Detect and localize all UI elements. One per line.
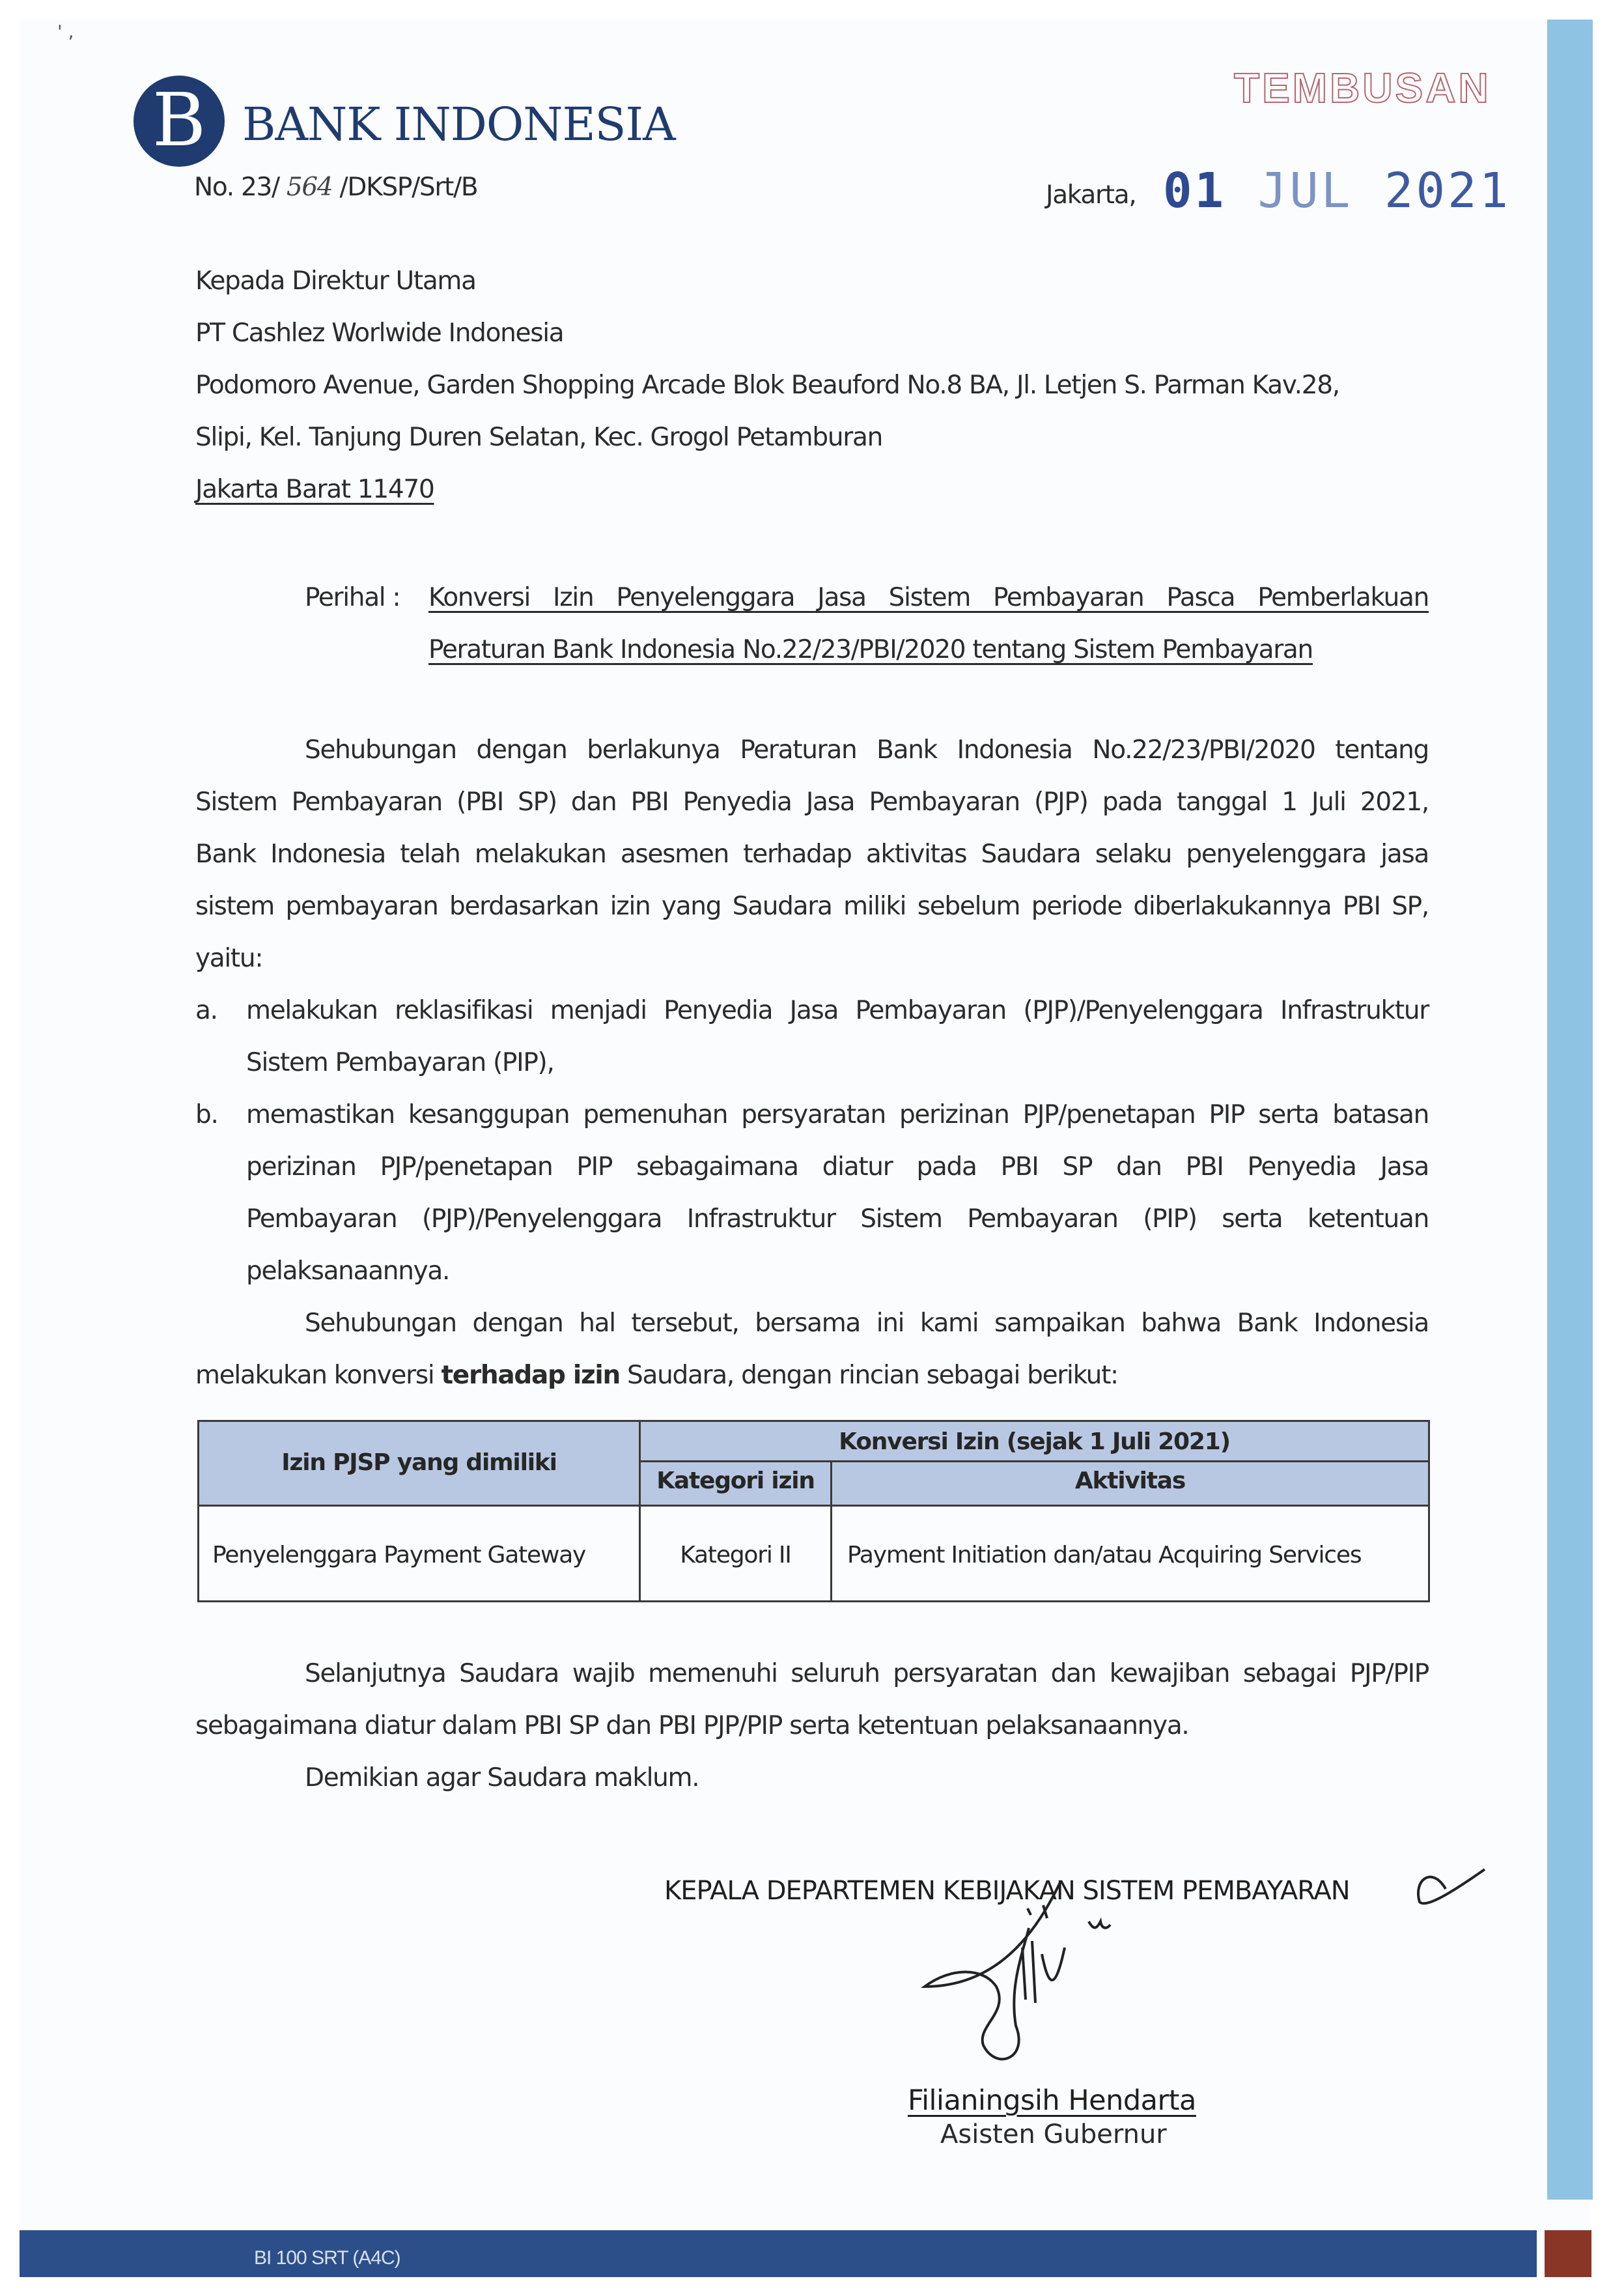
bank-indonesia-logo-icon: B [133, 76, 225, 167]
list-item-line: Pembayaran (PJP)/Penyelenggara Infrastru… [246, 1206, 1429, 1232]
signatory-role: Asisten Gubernur [940, 2119, 1167, 2149]
paragraph-line: sistem pembayaran berdasarkan izin yang … [195, 894, 1429, 920]
paragraph-line: sebagaimana diatur dalam PBI SP dan PBI … [195, 1713, 1429, 1739]
license-conversion-table: Izin PJSP yang dimiliki Konversi Izin (s… [197, 1420, 1430, 1602]
list-item-line: Sistem Pembayaran (PIP), [246, 1050, 1429, 1076]
form-code: BI 100 SRT (A4C) [254, 2247, 400, 2269]
recipient-company: PT Cashlez Worlwide Indonesia [195, 320, 563, 347]
copy-mark: TEMBUSAN [1234, 64, 1491, 112]
table-cell-aktivitas: Payment Initiation dan/atau Acquiring Se… [847, 1542, 1361, 1568]
list-marker: a. [195, 998, 217, 1024]
subject-line: Konversi Izin Penyelenggara Jasa Sistem … [428, 585, 1429, 611]
table-cell-izin: Penyelenggara Payment Gateway [212, 1542, 585, 1568]
subject-label: Perihal : [305, 585, 400, 611]
logo-monogram: B [133, 79, 225, 162]
paragraph-line: Sehubungan dengan berlakunya Peraturan B… [195, 737, 1429, 763]
recipient-city: Jakarta Barat 11470 [195, 477, 434, 503]
scan-mark: ' , [57, 21, 74, 42]
recipient-address-line: Slipi, Kel. Tanjung Duren Selatan, Kec. … [195, 425, 882, 451]
table-header-group: Konversi Izin (sejak 1 Juli 2021) [641, 1428, 1428, 1455]
signatory-name: Filianingsih Hendarta [908, 2084, 1196, 2117]
footer-band [20, 2230, 1537, 2277]
table-header-izin: Izin PJSP yang dimiliki [199, 1449, 639, 1476]
recipient-address-line: Podomoro Avenue, Garden Shopping Arcade … [195, 373, 1339, 399]
handwritten-signature-icon [899, 1856, 1498, 2078]
recipient-line: Kepada Direktur Utama [195, 268, 476, 294]
date-stamp: 01 JUL 2021 [1163, 163, 1511, 219]
list-item-line: melakukan reklasifikasi menjadi Penyedia… [246, 998, 1429, 1024]
footer-accent-block [1545, 2230, 1591, 2277]
table-cell-kategori: Kategori II [641, 1542, 830, 1568]
handwritten-number: 564 [287, 173, 333, 202]
table-header-aktivitas: Aktivitas [832, 1467, 1428, 1494]
institution-name: BANK INDONESIA [242, 98, 675, 151]
paragraph-line: Bank Indonesia telah melakukan asesmen t… [195, 842, 1429, 868]
reference-number: No. 23/ 564 /DKSP/Srt/B [194, 175, 477, 201]
table-header-kategori: Kategori izin [641, 1467, 830, 1494]
letterhead-side-stripe [1547, 20, 1593, 2200]
paragraph-line: yaitu: [195, 946, 1429, 972]
paragraph-line: Selanjutnya Saudara wajib memenuhi selur… [195, 1661, 1429, 1687]
list-item-line: pelaksanaannya. [246, 1258, 1429, 1284]
paragraph-line: melakukan konversi terhadap izin Saudara… [195, 1363, 1429, 1389]
paragraph-line: Sehubungan dengan hal tersebut, bersama … [195, 1311, 1429, 1337]
paragraph-line: Sistem Pembayaran (PBI SP) dan PBI Penye… [195, 789, 1429, 815]
closing-line: Demikian agar Saudara maklum. [195, 1765, 1429, 1791]
letter-place: Jakarta, [1046, 182, 1136, 208]
emphasis-text: terhadap izin [441, 1361, 619, 1390]
list-marker: b. [195, 1102, 218, 1128]
list-item-line: perizinan PJP/penetapan PIP sebagaimana … [246, 1154, 1429, 1180]
subject-line: Peraturan Bank Indonesia No.22/23/PBI/20… [428, 637, 1313, 663]
list-item-line: memastikan kesanggupan pemenuhan persyar… [246, 1102, 1429, 1128]
